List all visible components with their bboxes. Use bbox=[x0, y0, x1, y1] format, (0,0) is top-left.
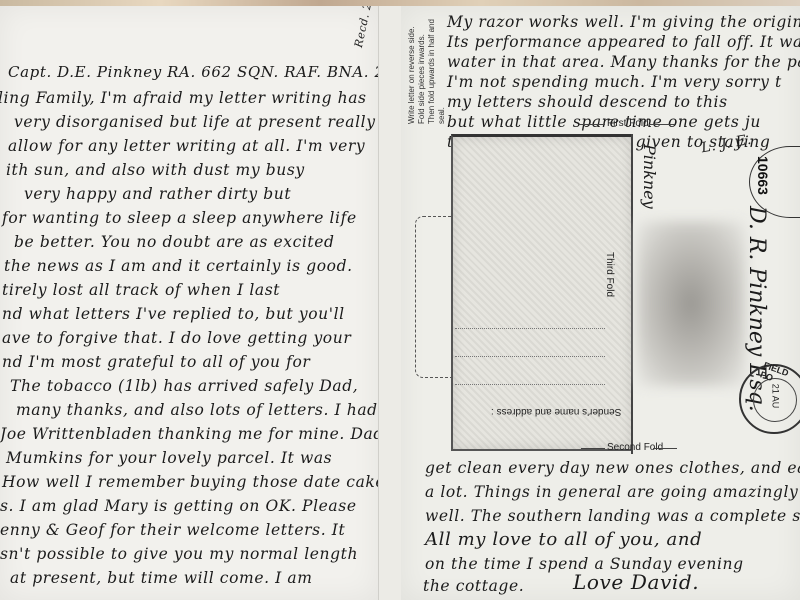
fold-arrow bbox=[579, 124, 605, 125]
letter-line: ith sun, and also with dust my busy bbox=[6, 158, 305, 182]
letter-line: tirely lost all track of when I last bbox=[2, 278, 280, 302]
letter-line: nd what letters I've replied to, but you… bbox=[2, 302, 345, 326]
dotted-line bbox=[455, 356, 605, 357]
redacted-address bbox=[637, 221, 745, 386]
page-gutter bbox=[378, 6, 402, 600]
signature: Love David. bbox=[573, 570, 699, 594]
letter-line: ling Family, I'm afraid my letter writin… bbox=[0, 86, 367, 110]
dotted-line bbox=[455, 384, 605, 385]
third-fold-label: Third Fold bbox=[604, 252, 615, 297]
fold-arrow bbox=[581, 448, 605, 449]
letter-page-left: Capt. D.E. Pinkney RA. 662 SQN. RAF. BNA… bbox=[0, 6, 378, 600]
letter-line: for wanting to sleep a sleep anywhere li… bbox=[2, 206, 357, 230]
letter-line: The tobacco (1lb) has arrived safely Dad… bbox=[10, 374, 358, 398]
letter-header: Capt. D.E. Pinkney RA. 662 SQN. RAF. BNA… bbox=[8, 60, 378, 84]
letter-line: be better. You no doubt are as excited bbox=[14, 230, 335, 254]
side-name-handwritten: Pinkney bbox=[640, 144, 659, 209]
letter-line: All my love to all of you, and bbox=[425, 528, 702, 552]
letter-line: Mumkins for your lovely parcel. It was bbox=[6, 446, 332, 470]
letter-line: very happy and rather dirty but bbox=[24, 182, 291, 206]
letter-line: a lot. Things in general are going amazi… bbox=[425, 480, 798, 504]
letter-line: well. The southern landing was a complet… bbox=[425, 504, 800, 528]
letter-line: many thanks, and also lots of letters. I… bbox=[16, 398, 378, 422]
letter-line: very disorganised but life at present re… bbox=[14, 110, 376, 134]
letter-line: the news as I am and it certainly is goo… bbox=[4, 254, 353, 278]
postmark-date: 21 AU bbox=[770, 384, 780, 409]
sender-label: Sender's name and address : bbox=[491, 406, 621, 417]
letter-line: get clean every day new ones clothes, an… bbox=[425, 456, 800, 480]
letter-line: the cottage. bbox=[423, 574, 524, 598]
fold-arrow bbox=[653, 448, 677, 449]
first-fold-label: First Fold bbox=[607, 118, 649, 129]
received-note: Recd. 23 Sept bbox=[352, 6, 378, 49]
censor-number: 10663 bbox=[755, 156, 771, 195]
letter-line: nd I'm most grateful to all of you for bbox=[2, 350, 310, 374]
letter-line: allow for any letter writing at all. I'm… bbox=[8, 134, 365, 158]
letter-line: Joe Writtenbladen thanking me for mine. … bbox=[0, 422, 378, 446]
letter-line: ave to forgive that. I do love getting y… bbox=[2, 326, 351, 350]
printed-instructions: Write letter on reverse side. Fold side … bbox=[407, 14, 447, 124]
letter-line: How well I remember buying those date ca… bbox=[2, 470, 378, 494]
fold-tab-outline bbox=[415, 216, 452, 378]
letter-line: s. I am glad Mary is getting on OK. Plea… bbox=[0, 494, 357, 518]
fold-arrow bbox=[649, 124, 675, 125]
letter-line: sn't possible to give you my normal leng… bbox=[0, 542, 358, 566]
letter-line: at present, but time will come. I am bbox=[10, 566, 313, 590]
letter-page-right: Write letter on reverse side. Fold side … bbox=[401, 6, 800, 600]
dotted-line bbox=[455, 328, 605, 329]
letter-line: enny & Geof for their welcome letters. I… bbox=[0, 518, 345, 542]
third-fold-line bbox=[631, 134, 633, 454]
